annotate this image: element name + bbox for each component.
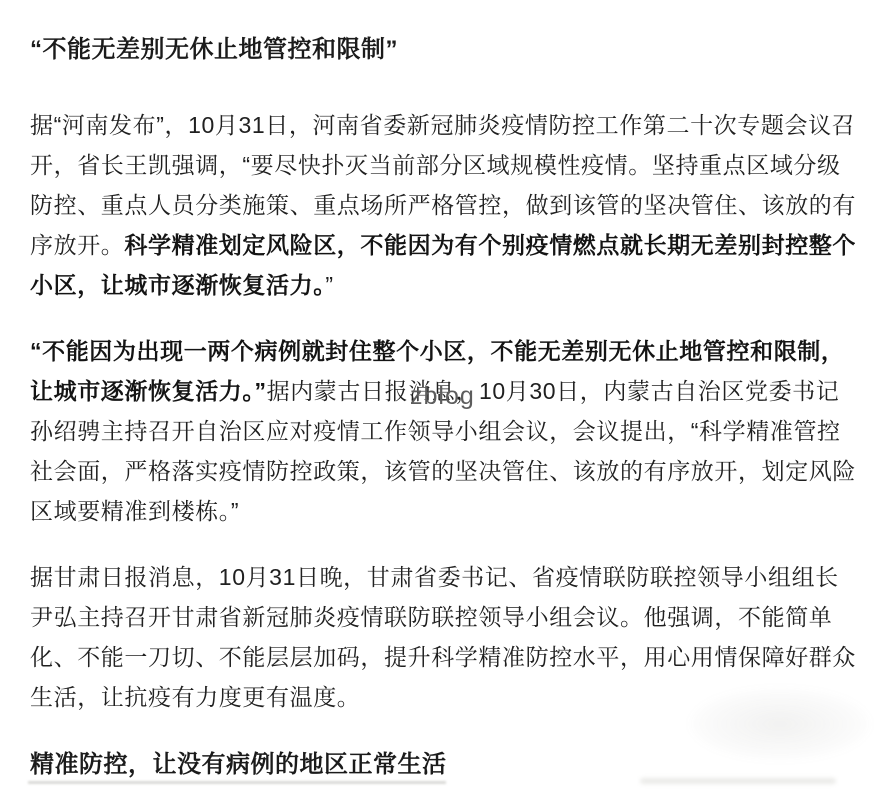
paragraph-neimenggu: “不能因为出现一两个病例就封住整个小区，不能无差别无休止地管控和限制，让城市逐渐… <box>30 331 856 531</box>
section-heading-primary: “不能无差别无休止地管控和限制” <box>30 36 856 65</box>
paragraph-gansu: 据甘肃日报消息，10月31日晚，甘肃省委书记、省疫情联防联控领导小组组长尹弘主持… <box>30 557 856 717</box>
section-heading-secondary: 精准防控，让没有病例的地区正常生活 <box>30 751 856 780</box>
bottom-edge-artifact-left <box>28 781 446 784</box>
zblog-watermark: zblog <box>410 384 475 409</box>
article-page: { "page": { "background_color": "#ffffff… <box>0 0 886 800</box>
paragraph-henan-emphasis: 科学精准划定风险区，不能因为有个别疫情燃点就长期无差别封控整个小区，让城市逐渐恢… <box>30 232 856 298</box>
paragraph-henan-closing-quote: ” <box>325 272 333 298</box>
paragraph-henan: 据“河南发布”，10月31日，河南省委新冠肺炎疫情防控工作第二十次专题会议召开，… <box>30 105 856 305</box>
